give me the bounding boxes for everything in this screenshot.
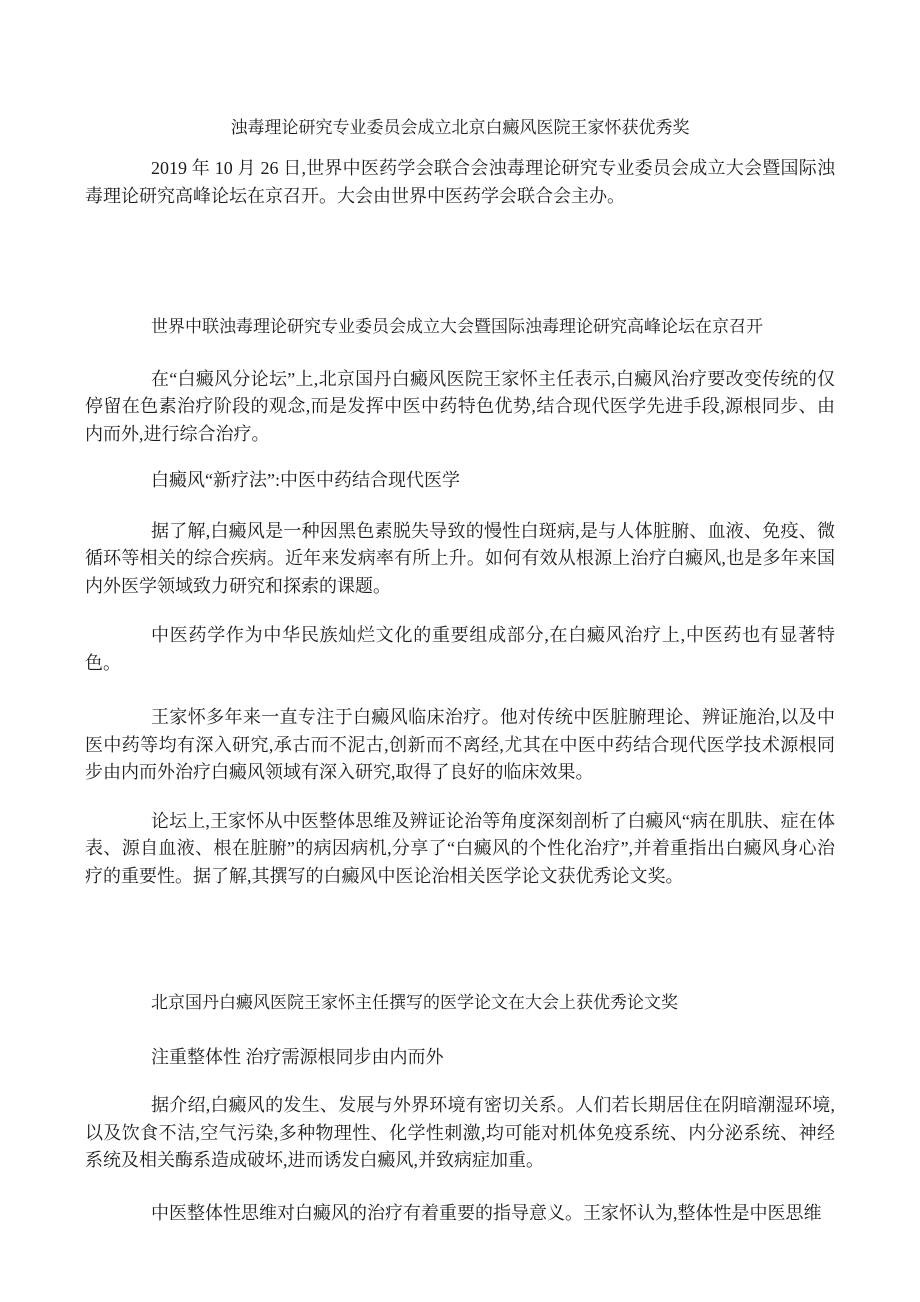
holistic-thinking-paragraph: 中医整体性思维对白癜风的治疗有着重要的指导意义。王家怀认为,整体性是中医思维 bbox=[85, 1200, 835, 1228]
figure-blank-area-1 bbox=[85, 210, 835, 313]
forum-analysis-paragraph: 论坛上,王家怀从中医整体思维及辨证论治等角度深刻剖析了白癜风“病在肌肤、症在体表… bbox=[85, 808, 835, 891]
figure-caption-2: 北京国丹白癜风医院王家怀主任撰写的医学论文在大会上获优秀论文奖 bbox=[85, 989, 835, 1017]
figure-caption-1: 世界中联浊毒理论研究专业委员会成立大会暨国际浊毒理论研究高峰论坛在京召开 bbox=[85, 313, 835, 341]
article-title: 浊毒理论研究专业委员会成立北京白癜风医院王家怀获优秀奖 bbox=[85, 115, 835, 140]
section-heading-holistic: 注重整体性 治疗需源根同步由内而外 bbox=[85, 1044, 835, 1072]
document-page: 浊毒理论研究专业委员会成立北京白癜风医院王家怀获优秀奖 2019 年 10 月 … bbox=[0, 0, 920, 1302]
figure-blank-area-2 bbox=[85, 890, 835, 989]
disease-intro-paragraph: 据了解,白癜风是一种因黑色素脱失导致的慢性白斑病,是与人体脏腑、血液、免疫、微循… bbox=[85, 518, 835, 601]
doctor-experience-paragraph: 王家怀多年来一直专注于白癜风临床治疗。他对传统中医脏腑理论、辨证施治,以及中医中… bbox=[85, 704, 835, 787]
tcm-culture-paragraph: 中医药学作为中华民族灿烂文化的重要组成部分,在白癜风治疗上,中医药也有显著特色。 bbox=[85, 622, 835, 677]
environment-factors-paragraph: 据介绍,白癜风的发生、发展与外界环境有密切关系。人们若长期居住在阴暗潮湿环境,以… bbox=[85, 1092, 835, 1175]
section-heading-new-therapy: 白癜风“新疗法”:中医中药结合现代医学 bbox=[85, 467, 835, 495]
intro-paragraph: 2019 年 10 月 26 日,世界中医药学会联合会浊毒理论研究专业委员会成立… bbox=[85, 155, 835, 210]
forum-statement-paragraph: 在“白癜风分论坛”上,北京国丹白癜风医院王家怀主任表示,白癜风治疗要改变传统的仅… bbox=[85, 366, 835, 449]
